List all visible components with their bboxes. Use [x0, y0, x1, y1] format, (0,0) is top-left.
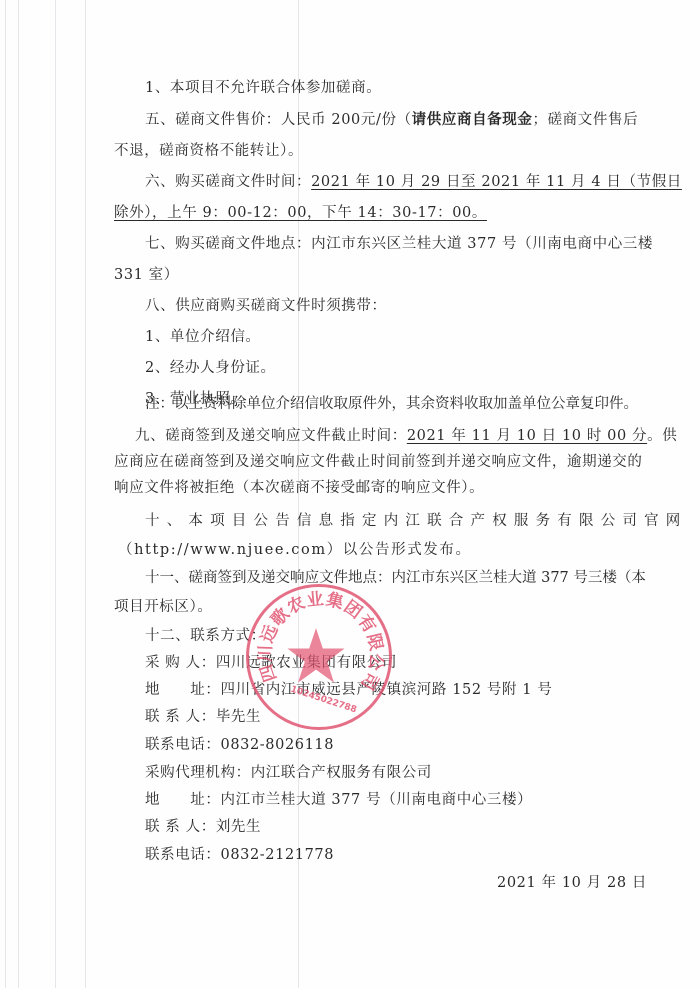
purchaser-contact: 联 系 人：毕先生 [145, 707, 261, 727]
label: 联系电话： [145, 847, 221, 863]
section-6-time: 六、购买磋商文件时间：2021 年 10 月 29 日至 2021 年 11 月… [145, 172, 682, 192]
label: 采 购 人： [145, 655, 216, 671]
deadline-tail: 。供 [647, 428, 677, 444]
document-date: 2021 年 10 月 28 日 [497, 873, 647, 893]
scan-line [5, 0, 6, 988]
scan-line [85, 0, 86, 988]
cash-note: 请供应商自备现金 [412, 111, 533, 128]
purchaser-phone: 联系电话：0832-8026118 [145, 735, 334, 755]
section-7-cont: 331 室） [114, 265, 179, 285]
label: 采购代理机构： [145, 765, 251, 781]
value: 刘先生 [216, 819, 261, 835]
section-9-deadline: 九、磋商签到及递交响应文件截止时间：2021 年 11 月 10 日 10 时 … [135, 426, 677, 446]
label: 联系电话： [145, 737, 221, 753]
deadline-time: 2021 年 11 月 10 日 10 时 00 分 [407, 428, 647, 444]
clause-1-note: 1、本项目不允许联合体参加磋商。 [145, 78, 381, 98]
price-text: 五、磋商文件售价：人民币 200元/份（ [145, 112, 412, 128]
section-6-cont: 除外），上午 9：00-12：00，下午 14：30-17：00。 [114, 203, 487, 223]
section-10-url: （http://www.njuee.com）以公告形式发布。 [118, 540, 472, 560]
section-9-cont: 应商应在磋商签到及递交响应文件截止时间前签到并递交响应文件，逾期递交的 [114, 452, 643, 472]
value: 内江联合产权服务有限公司 [251, 765, 432, 781]
scan-line [55, 0, 56, 988]
requirement-item: 2、经办人身份证。 [145, 358, 276, 378]
value: 0832-8026118 [221, 737, 335, 753]
agency-address: 地 址：内江市兰桂大道 377 号（川南电商中心三楼） [145, 790, 532, 810]
agency-contact: 联 系 人：刘先生 [145, 817, 261, 837]
section-5-price: 五、磋商文件售价：人民币 200元/份（请供应商自备现金；磋商文件售后 [145, 110, 638, 130]
deadline-label: 九、磋商签到及递交响应文件截止时间： [135, 428, 407, 444]
requirement-note: 注：以上资料除单位介绍信收取原件外，其余资料收取加盖单位公章复印件。 [145, 394, 638, 414]
label: 地 址： [145, 792, 221, 808]
section-7-location: 七、购买磋商文件地点：内江市东兴区兰桂大道 377 号（川南电商中心三楼 [145, 234, 653, 254]
section-9-cont: 响应文件将被拒绝（本次磋商不接受邮寄的响应文件）。 [114, 478, 484, 498]
value: 0832-2121778 [221, 847, 335, 863]
requirement-item: 1、单位介绍信。 [145, 327, 261, 347]
section-10-notice: 十、本项目公告信息指定内江联合产权服务有限公司官网 [145, 511, 688, 531]
company-seal: 四川远歌农业集团有限公司 10245022788 [246, 584, 392, 730]
section-5-cont: 不退，磋商资格不能转让）。 [114, 141, 303, 161]
scan-line [18, 0, 19, 988]
star-icon [285, 625, 347, 687]
time-label: 六、购买磋商文件时间： [145, 174, 311, 190]
section-11-location: 十一、磋商签到及递交响应文件地点：内江市东兴区兰桂大道 377 号三楼（本 [145, 568, 646, 588]
price-text-tail: ；磋商文件售后 [532, 112, 638, 128]
section-8-requirements: 八、供应商购买磋商文件时须携带： [145, 296, 387, 316]
section-11-cont: 项目开标区）。 [114, 597, 212, 617]
agency-phone: 联系电话：0832-2121778 [145, 845, 334, 865]
time-range: 2021 年 10 月 29 日至 2021 年 11 月 4 日（节假日 [311, 174, 682, 190]
label: 联 系 人： [145, 819, 216, 835]
agency-name: 采购代理机构：内江联合产权服务有限公司 [145, 763, 432, 783]
label: 地 址： [145, 682, 221, 698]
value: 内江市兰桂大道 377 号（川南电商中心三楼） [221, 792, 533, 808]
label: 联 系 人： [145, 709, 216, 725]
